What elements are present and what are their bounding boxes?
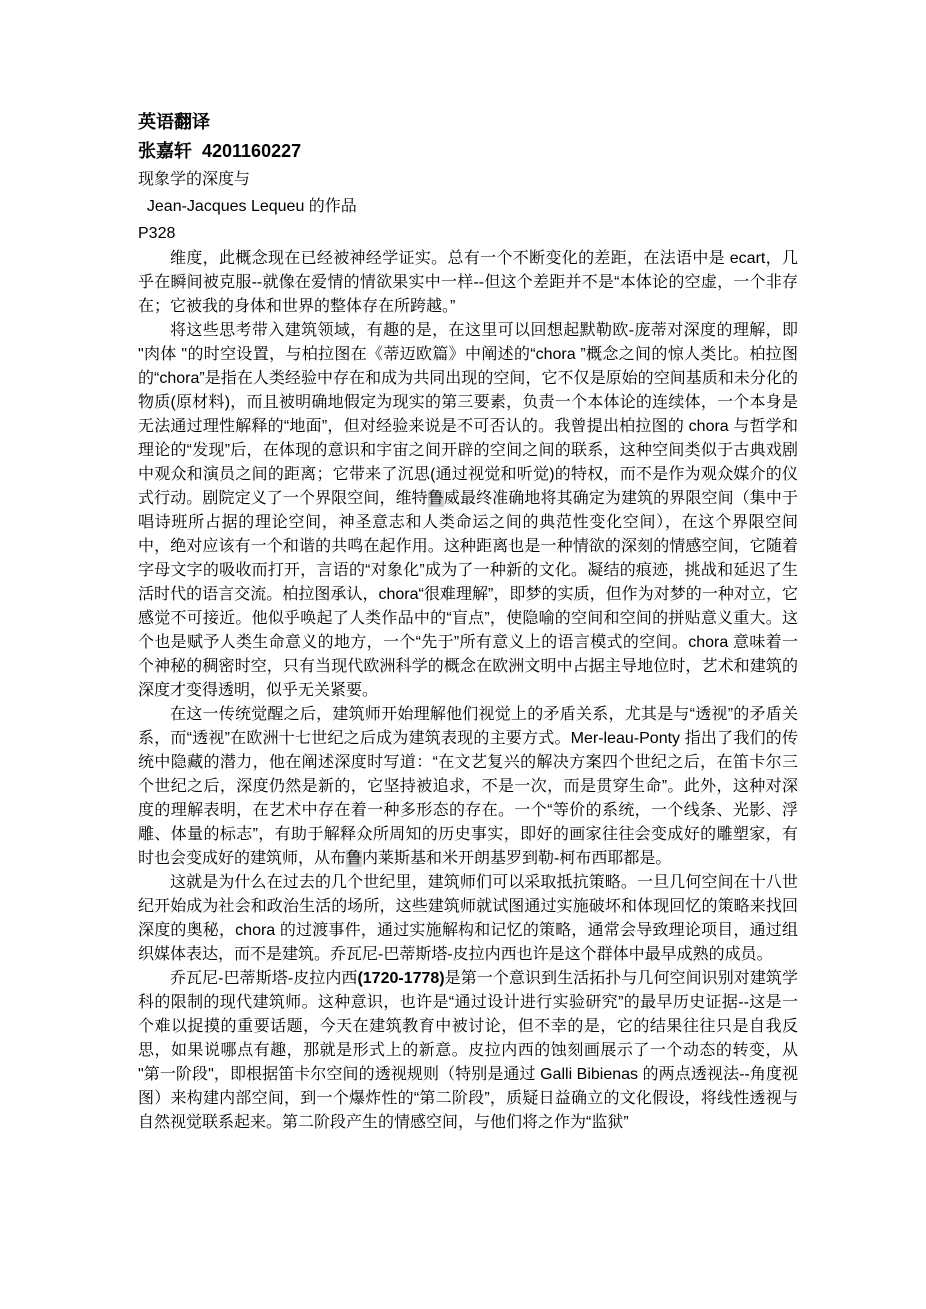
doc-subtitle-line-2: Jean-Jacques Lequeu 的作品: [138, 193, 798, 220]
text-run: 内莱斯基和米开朗基罗到勒-柯布西耶都是。: [362, 850, 671, 867]
bold-text-run: (1720-1778): [357, 970, 444, 987]
document-body: 维度，此概念现在已经被神经学证实。总有一个不断变化的差距，在法语中是 ecart…: [138, 247, 798, 1135]
paragraph: 这就是为什么在过去的几个世纪里，建筑师们可以采取抵抗策略。一旦几何空间在十八世纪…: [138, 871, 798, 967]
text-run: 在这一传统觉醒之后，建筑师开始理解他们视觉上的矛盾关系，尤其是与“透视”的矛盾关…: [138, 706, 798, 867]
highlighted-text-run: 鲁: [428, 490, 444, 507]
doc-title: 英语翻译: [138, 108, 798, 137]
text-run: 这就是为什么在过去的几个世纪里，建筑师们可以采取抵抗策略。一旦几何空间在十八世纪…: [138, 874, 798, 963]
text-run: 维度，此概念现在已经被神经学证实。总有一个不断变化的差距，在法语中是 ecart…: [138, 250, 798, 315]
paragraph: 在这一传统觉醒之后，建筑师开始理解他们视觉上的矛盾关系，尤其是与“透视”的矛盾关…: [138, 703, 798, 871]
text-run: 威最终准确地将其确定为建筑的界限空间（集中于唱诗班所占据的理论空间，神圣意志和人…: [138, 490, 798, 699]
paragraph: 维度，此概念现在已经被神经学证实。总有一个不断变化的差距，在法语中是 ecart…: [138, 247, 798, 319]
doc-page-ref: P328: [138, 220, 798, 247]
doc-subtitle-line-1: 现象学的深度与: [138, 166, 798, 193]
paragraph: 乔瓦尼-巴蒂斯塔-皮拉内西(1720-1778)是第一个意识到生活拓扑与几何空间…: [138, 967, 798, 1135]
doc-author-line: 张嘉轩 4201160227: [138, 137, 798, 166]
paragraph: 将这些思考带入建筑领域，有趣的是，在这里可以回想起默勒欧-庞蒂对深度的理解，即 …: [138, 319, 798, 703]
text-run: 将这些思考带入建筑领域，有趣的是，在这里可以回想起默勒欧-庞蒂对深度的理解，即 …: [138, 322, 802, 507]
highlighted-text-run: 鲁: [346, 850, 362, 867]
text-run: 乔瓦尼-巴蒂斯塔-皮拉内西: [170, 970, 357, 987]
text-run: 是第一个意识到生活拓扑与几何空间识别对建筑学科的限制的现代建筑师。这种意识，也许…: [138, 970, 802, 1131]
document-page: 英语翻译 张嘉轩 4201160227 现象学的深度与 Jean-Jacques…: [138, 108, 798, 1135]
